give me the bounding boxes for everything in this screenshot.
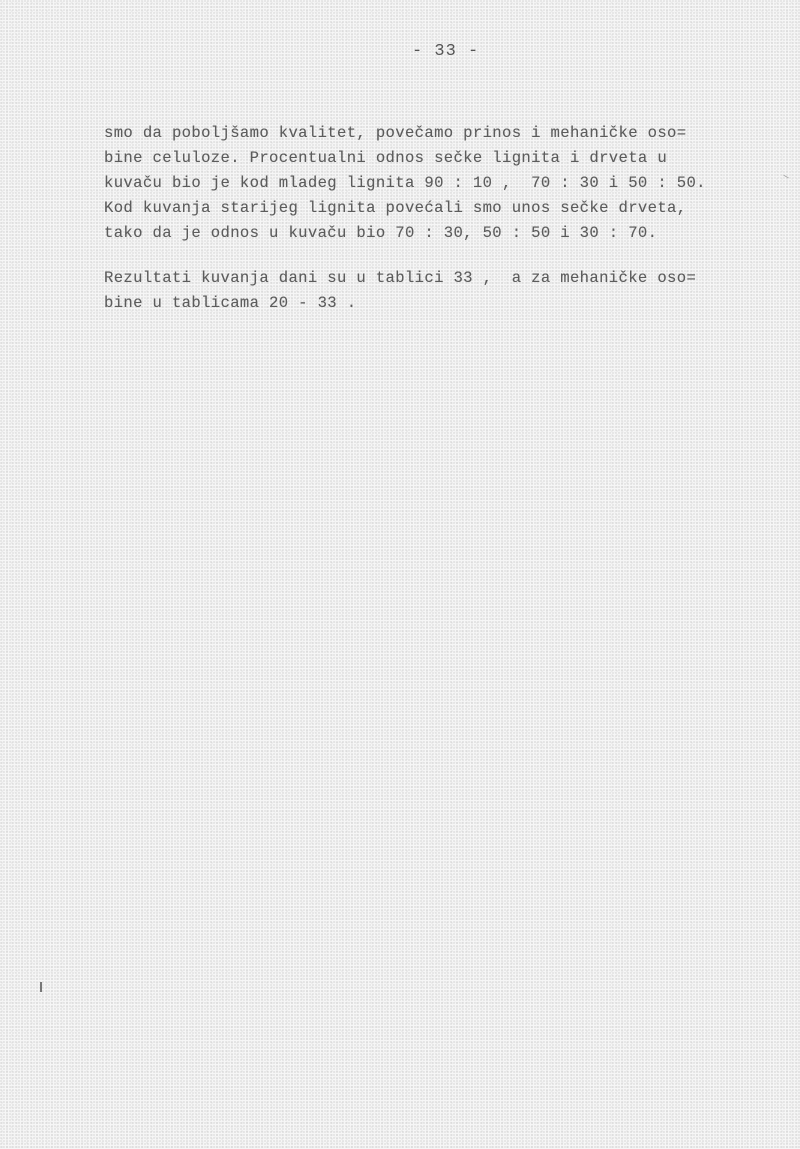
text-line: bine u tablicama 20 - 33 . <box>104 291 784 316</box>
text-line: kuvaču bio je kod mladeg lignita 90 : 10… <box>104 171 784 196</box>
paragraph-results: Rezultati kuvanja dani su u tablici 33 ,… <box>104 266 784 316</box>
text-line: tako da je odnos u kuvaču bio 70 : 30, 5… <box>104 221 784 246</box>
text-line: Rezultati kuvanja dani su u tablici 33 ,… <box>104 266 784 291</box>
paragraph-methods: smo da poboljšamo kvalitet, povečamo pri… <box>104 121 784 246</box>
text-line: Kod kuvanja starijeg lignita povećali sm… <box>104 196 784 221</box>
page-number: - 33 - <box>412 42 479 61</box>
text-line: bine celuloze. Procentualni odnos sečke … <box>104 146 784 171</box>
text-line: smo da poboljšamo kvalitet, povečamo pri… <box>104 121 784 146</box>
scan-artifact-mark <box>783 175 789 179</box>
scan-artifact-mark <box>40 982 42 992</box>
